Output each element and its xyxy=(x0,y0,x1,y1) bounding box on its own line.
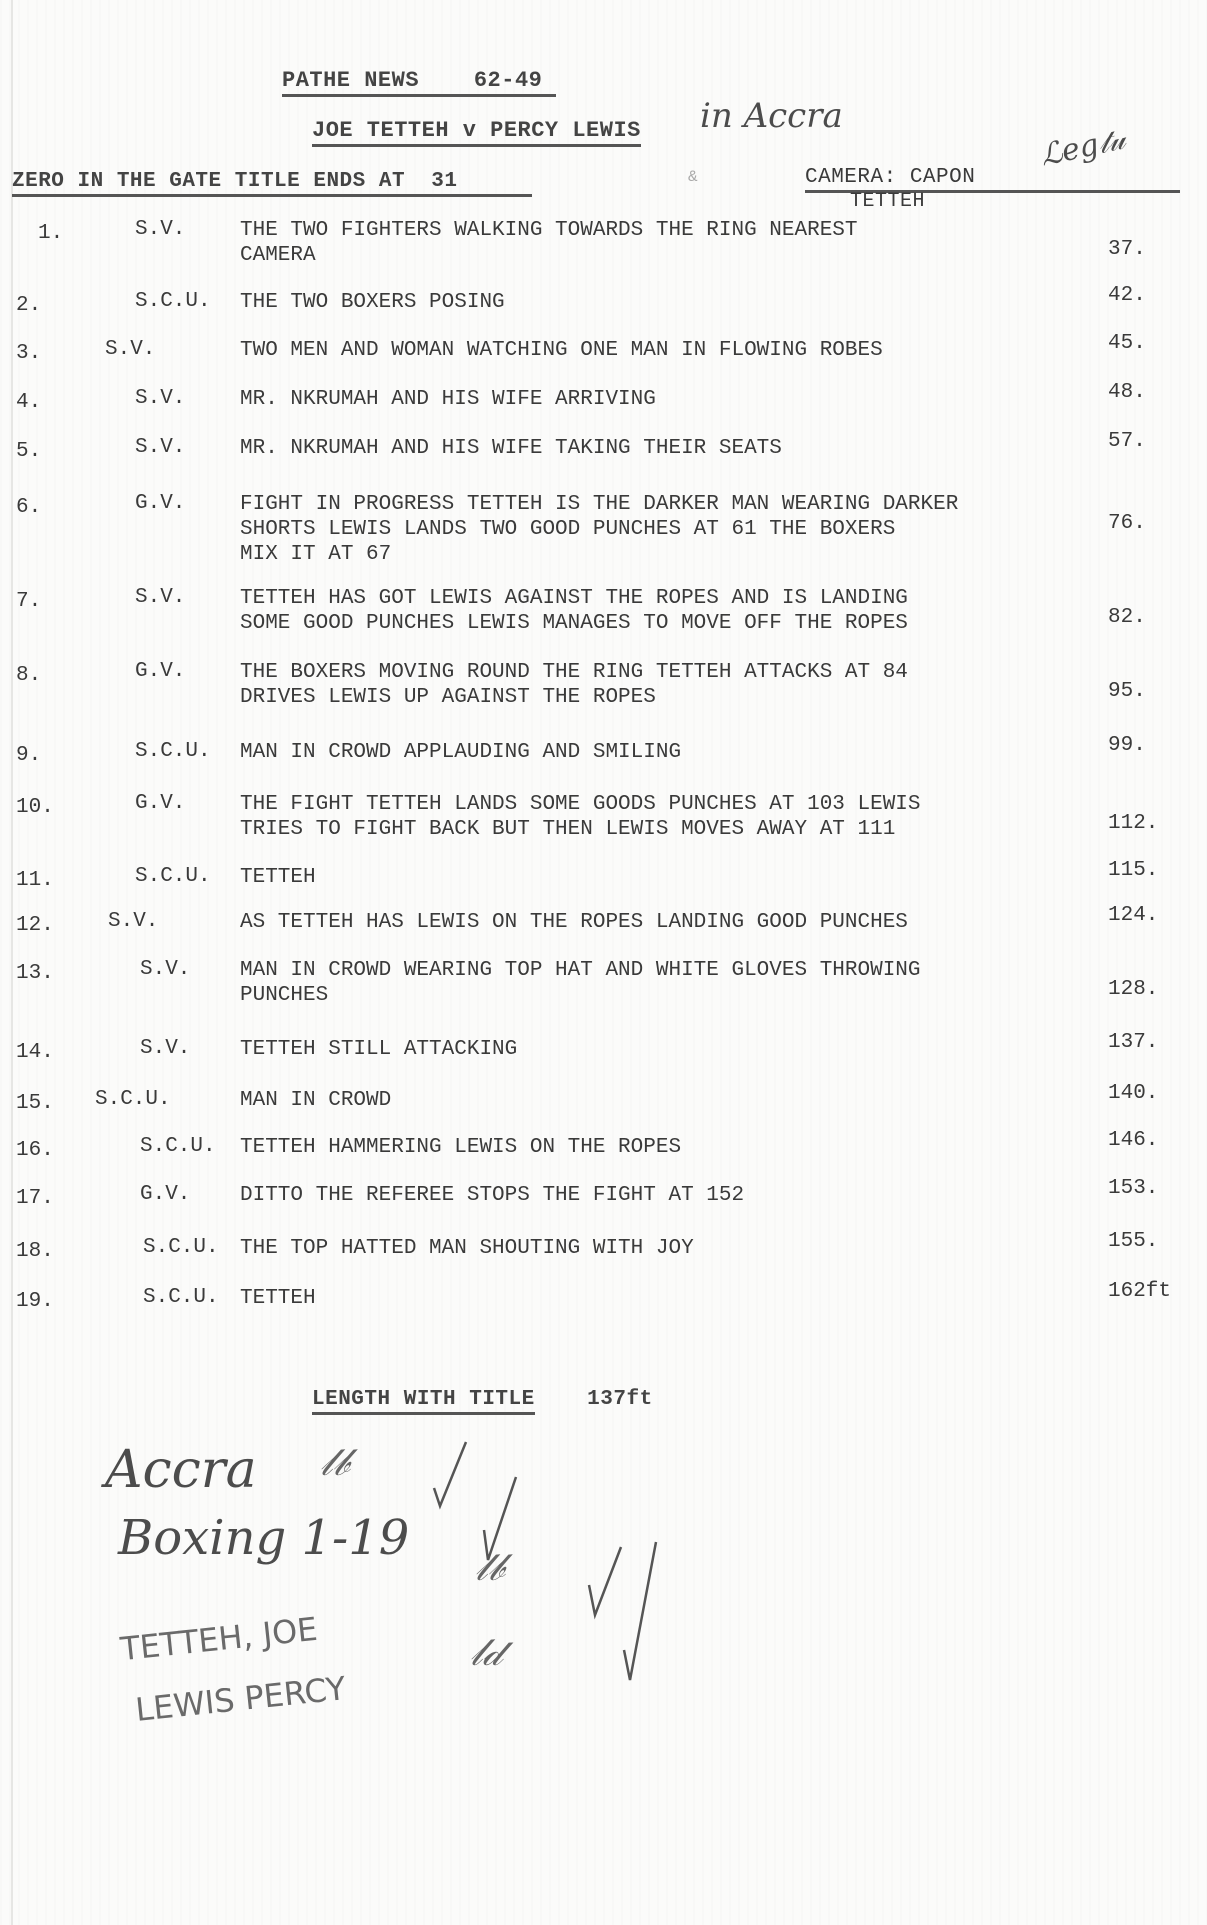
shot-type: S.C.U. xyxy=(135,740,211,763)
length-label: LENGTH WITH TITLE xyxy=(312,1388,535,1415)
ampersand-mark: & xyxy=(688,168,698,186)
handwritten-location: in Accra xyxy=(700,96,843,136)
shot-description: THE FIGHT TETTEH LANDS SOME GOODS PUNCHE… xyxy=(240,792,1110,842)
shot-description: TETTEH xyxy=(240,1286,1110,1311)
shot-description: TETTEH HAS GOT LEWIS AGAINST THE ROPES A… xyxy=(240,586,1110,636)
shot-number: 2. xyxy=(16,294,41,317)
shot-type: S.V. xyxy=(140,958,190,981)
shot-footage: 37. xyxy=(1108,238,1146,261)
shot-footage: 153. xyxy=(1108,1177,1158,1200)
shot-description: TETTEH HAMMERING LEWIS ON THE ROPES xyxy=(240,1135,1110,1160)
shot-footage: 76. xyxy=(1108,512,1146,535)
shot-footage: 57. xyxy=(1108,430,1146,453)
shot-type: G.V. xyxy=(135,792,185,815)
initials-1: 𝓁𝒷 xyxy=(320,1440,349,1485)
scan-margin-line xyxy=(11,0,13,1925)
shot-description: FIGHT IN PROGRESS TETTEH IS THE DARKER M… xyxy=(240,492,1110,567)
shot-footage: 82. xyxy=(1108,606,1146,629)
shot-type: G.V. xyxy=(135,660,185,683)
handwritten-note-subject: Boxing 1-19 xyxy=(118,1510,409,1566)
shot-footage: 112. xyxy=(1108,812,1158,835)
length-line: LENGTH WITH TITLE 137ft xyxy=(312,1388,653,1411)
shot-number: 9. xyxy=(16,744,41,767)
shot-description: TETTEH STILL ATTACKING xyxy=(240,1037,1110,1062)
shot-description: MR. NKRUMAH AND HIS WIFE TAKING THEIR SE… xyxy=(240,436,1110,461)
shot-footage: 42. xyxy=(1108,284,1146,307)
shot-footage: 48. xyxy=(1108,381,1146,404)
shot-footage: 99. xyxy=(1108,734,1146,757)
shot-footage: 137. xyxy=(1108,1031,1158,1054)
shot-type: S.V. xyxy=(140,1037,190,1060)
camera-line: CAMERA: CAPON xyxy=(805,166,1180,193)
camera-sub: TETTEH xyxy=(850,190,925,213)
shot-number: 19. xyxy=(16,1290,54,1313)
shot-number: 16. xyxy=(16,1139,54,1162)
title-text: PATHE NEWS xyxy=(282,68,419,93)
shot-number: 1. xyxy=(38,222,63,245)
shot-type: S.V. xyxy=(105,338,155,361)
shot-number: 13. xyxy=(16,962,54,985)
shot-footage: 146. xyxy=(1108,1129,1158,1152)
shot-description: THE BOXERS MOVING ROUND THE RING TETTEH … xyxy=(240,660,1110,710)
shot-number: 7. xyxy=(16,590,41,613)
shot-footage: 162ft xyxy=(1108,1280,1171,1303)
shot-footage: 115. xyxy=(1108,859,1158,882)
handwritten-note-place: Accra xyxy=(105,1440,257,1500)
shot-footage: 155. xyxy=(1108,1230,1158,1253)
shot-type: S.C.U. xyxy=(140,1135,216,1158)
shot-description: TETTEH xyxy=(240,865,1110,890)
shot-number: 15. xyxy=(16,1092,54,1115)
shot-number: 3. xyxy=(16,342,41,365)
shot-type: S.C.U. xyxy=(135,865,211,888)
shot-description: MAN IN CROWD xyxy=(240,1088,1110,1113)
shot-description: AS TETTEH HAS LEWIS ON THE ROPES LANDING… xyxy=(240,910,1110,935)
shot-number: 18. xyxy=(16,1240,54,1263)
length-value: 137ft xyxy=(587,1388,653,1411)
shot-description: THE TWO BOXERS POSING xyxy=(240,290,1110,315)
reel-number: 62-49 xyxy=(474,68,543,93)
shot-type: S.C.U. xyxy=(95,1088,171,1111)
shot-number: 12. xyxy=(16,914,54,937)
initials-3: 𝓁𝒹 xyxy=(470,1630,502,1675)
check-mark-icon xyxy=(430,1440,470,1520)
shot-description: MAN IN CROWD APPLAUDING AND SMILING xyxy=(240,740,1110,765)
shot-number: 5. xyxy=(16,440,41,463)
subject-line: JOE TETTEH v PERCY LEWIS xyxy=(312,118,641,147)
shot-description: DITTO THE REFEREE STOPS THE FIGHT AT 152 xyxy=(240,1183,1110,1208)
handwritten-note-name1: TETTEH, JOE xyxy=(119,1610,320,1668)
check-mark-icon xyxy=(480,1475,520,1575)
shot-number: 8. xyxy=(16,664,41,687)
shot-type: S.C.U. xyxy=(143,1286,219,1309)
shot-description: THE TOP HATTED MAN SHOUTING WITH JOY xyxy=(240,1236,1110,1261)
shot-footage: 128. xyxy=(1108,978,1158,1001)
zero-in-gate-label: ZERO IN THE GATE TITLE ENDS AT xyxy=(12,170,405,193)
shot-type: S.V. xyxy=(135,436,185,459)
shot-footage: 140. xyxy=(1108,1082,1158,1105)
shot-type: G.V. xyxy=(135,492,185,515)
shot-number: 11. xyxy=(16,869,54,892)
zero-in-gate-line: ZERO IN THE GATE TITLE ENDS AT 31 xyxy=(12,170,532,197)
shot-description: MAN IN CROWD WEARING TOP HAT AND WHITE G… xyxy=(240,958,1110,1008)
handwritten-note-name2: LEWIS PERCY xyxy=(134,1669,348,1729)
check-mark-icon xyxy=(620,1540,660,1690)
shot-type: S.V. xyxy=(135,218,185,241)
shot-description: THE TWO FIGHTERS WALKING TOWARDS THE RIN… xyxy=(240,218,1110,268)
shot-description: TWO MEN AND WOMAN WATCHING ONE MAN IN FL… xyxy=(240,338,1110,363)
shot-type: S.V. xyxy=(135,387,185,410)
document-page: ​ PATHE NEWS 62-49 JOE TETTEH v PERCY LE… xyxy=(0,0,1207,1925)
shot-footage: 124. xyxy=(1108,904,1158,927)
shot-footage: 45. xyxy=(1108,332,1146,355)
title-ends-value: 31 xyxy=(431,170,457,193)
shot-number: 17. xyxy=(16,1187,54,1210)
shot-description: MR. NKRUMAH AND HIS WIFE ARRIVING xyxy=(240,387,1110,412)
shot-type: G.V. xyxy=(140,1183,190,1206)
shot-type: S.C.U. xyxy=(143,1236,219,1259)
shot-number: 4. xyxy=(16,391,41,414)
document-title: PATHE NEWS 62-49 xyxy=(282,68,556,97)
shot-type: S.V. xyxy=(135,586,185,609)
check-mark-icon xyxy=(585,1545,625,1625)
shot-footage: 95. xyxy=(1108,680,1146,703)
shot-number: 10. xyxy=(16,796,54,819)
shot-number: 6. xyxy=(16,496,41,519)
shot-number: 14. xyxy=(16,1041,54,1064)
shot-type: S.C.U. xyxy=(135,290,211,313)
shot-type: S.V. xyxy=(108,910,158,933)
